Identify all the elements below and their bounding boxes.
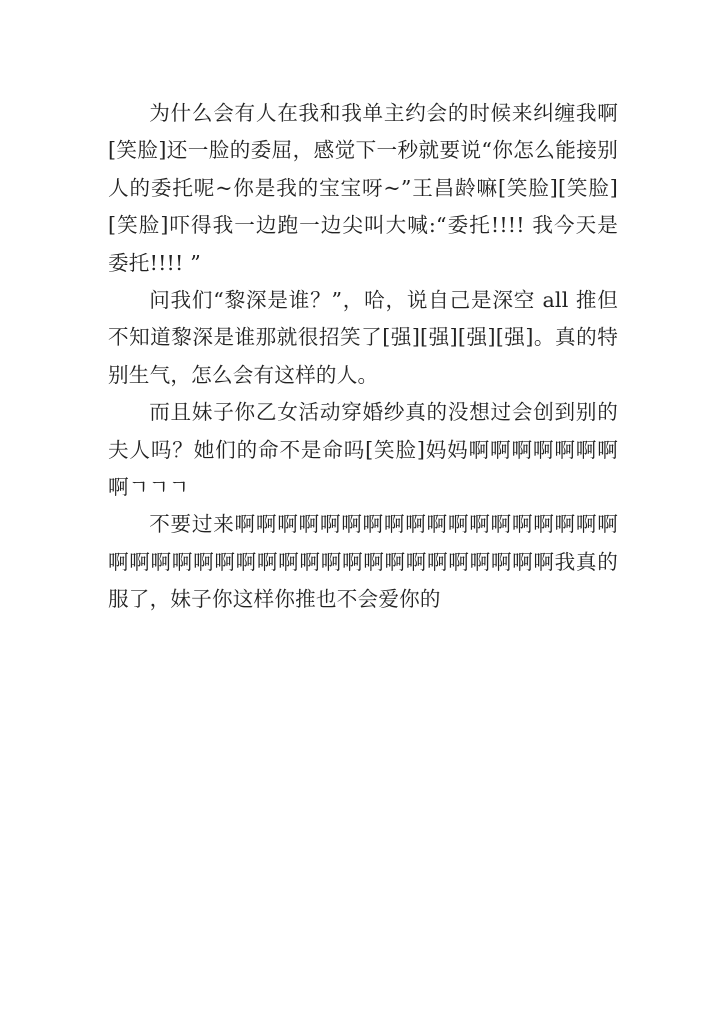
paragraph-2: 问我们“黎深是谁？”，哈，说自己是深空 all 推但不知道黎深是谁那就很招笑了[…	[108, 282, 618, 394]
paragraph-1: 为什么会有人在我和我单主约会的时候来纠缠我啊[笑脸]还一脸的委屈，感觉下一秒就要…	[108, 95, 618, 282]
document-page: 为什么会有人在我和我单主约会的时候来纠缠我啊[笑脸]还一脸的委屈，感觉下一秒就要…	[108, 95, 618, 619]
paragraph-3: 而且妹子你乙女活动穿婚纱真的没想过会创到别的夫人吗？她们的命不是命吗[笑脸]妈妈…	[108, 394, 618, 506]
paragraph-4: 不要过来啊啊啊啊啊啊啊啊啊啊啊啊啊啊啊啊啊啊啊啊啊啊啊啊啊啊啊啊啊啊啊啊啊啊啊啊…	[108, 506, 618, 618]
